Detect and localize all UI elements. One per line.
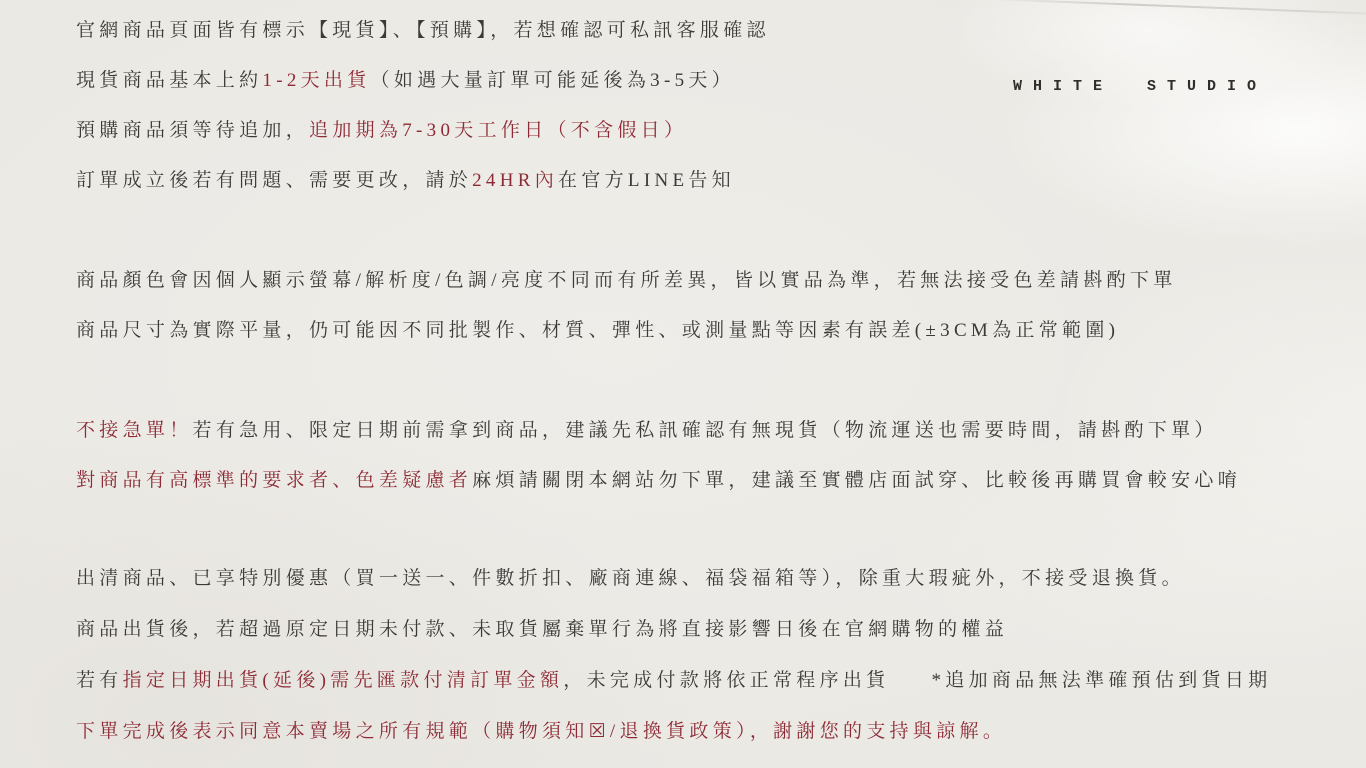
notice-line: 若有指定日期出貨(延後)需先匯款付清訂單金額，未完成付款將依正常程序出貨*追加商… <box>76 655 1271 706</box>
notice-text: 麻煩請關閉本網站勿下單，建議至實體店面試穿、比較後再購買會較安心唷 <box>472 470 1241 491</box>
notice-text: 官網商品頁面皆有標示【現貨】、【預購】，若想確認可私訊客服確認 <box>76 20 770 41</box>
notice-accent-text: 下單完成後表示同意本賣場之所有規範（購物須知☒/退換貨政策），謝謝您的支持與諒解… <box>76 721 1006 742</box>
notice-text: 在官方LINE告知 <box>558 170 735 191</box>
notice-line: 商品顏色會因個人顯示螢幕/解析度/色調/亮度不同而有所差異，皆以實品為準，若無法… <box>76 256 1271 306</box>
notice-text: 出清商品、已享特別優惠（買一送一、件數折扣、廠商連線、福袋福箱等），除重大瑕疵外… <box>76 568 1185 589</box>
notice-line: 訂單成立後若有問題、需要更改，請於24HR內在官方LINE告知 <box>76 156 1271 206</box>
notice-text: 商品顏色會因個人顯示螢幕/解析度/色調/亮度不同而有所差異，皆以實品為準，若無法… <box>76 270 1177 291</box>
notice-section-urgent-order-warning: 不接急單！若有急用、限定日期前需拿到商品，建議先私訊確認有無現貨（物流運送也需要… <box>76 406 1271 506</box>
notice-text: （如遇大量訂單可能延後為3-5天） <box>371 70 735 91</box>
notice-accent-text: 不接急單！ <box>76 420 193 441</box>
notice-accent-text: 追加期為7-30天工作日（不含假日） <box>309 120 687 141</box>
notice-line: 不接急單！若有急用、限定日期前需拿到商品，建議先私訊確認有無現貨（物流運送也需要… <box>76 406 1271 456</box>
notice-accent-text: 指定日期出貨(延後)需先匯款付清訂單金額 <box>123 670 564 691</box>
notice-text: *追加商品無法準確預估到貨日期 <box>931 670 1271 691</box>
notice-accent-text: 1-2天出貨 <box>262 70 370 91</box>
notice-text: 若有 <box>76 670 123 691</box>
notice-text: ，未完成付款將依正常程序出貨 <box>563 670 889 691</box>
notice-line: 官網商品頁面皆有標示【現貨】、【預購】，若想確認可私訊客服確認 <box>76 6 1271 56</box>
notice-text: 若有急用、限定日期前需拿到商品，建議先私訊確認有無現貨（物流運送也需要時間，請斟… <box>193 420 1218 441</box>
notice-section-return-policy: 出清商品、已享特別優惠（買一送一、件數折扣、廠商連線、福袋福箱等），除重大瑕疵外… <box>76 553 1271 757</box>
notice-text: 預購商品須等待追加， <box>76 120 309 141</box>
notice-line: 預購商品須等待追加，追加期為7-30天工作日（不含假日） <box>76 106 1271 156</box>
notice-content: 官網商品頁面皆有標示【現貨】、【預購】，若想確認可私訊客服確認現貨商品基本上約1… <box>0 0 1271 757</box>
notice-text: 商品尺寸為實際平量，仍可能因不同批製作、材質、彈性、或測量點等因素有誤差(±3C… <box>76 320 1119 341</box>
purchase-notice-page: { "brand": { "logo": "WHITE STUDIO" }, "… <box>0 0 1366 768</box>
notice-accent-text: 24HR內 <box>472 170 558 191</box>
notice-line: 出清商品、已享特別優惠（買一送一、件數折扣、廠商連線、福袋福箱等），除重大瑕疵外… <box>76 553 1271 604</box>
notice-line: 下單完成後表示同意本賣場之所有規範（購物須知☒/退換貨政策），謝謝您的支持與諒解… <box>76 706 1271 757</box>
notice-line: 現貨商品基本上約1-2天出貨（如遇大量訂單可能延後為3-5天） <box>76 56 1271 106</box>
notice-text: 商品出貨後，若超過原定日期未付款、未取貨屬棄單行為將直接影響日後在官網購物的權益 <box>76 619 1008 640</box>
notice-line: 商品尺寸為實際平量，仍可能因不同批製作、材質、彈性、或測量點等因素有誤差(±3C… <box>76 306 1271 356</box>
notice-section-shipping-info: 官網商品頁面皆有標示【現貨】、【預購】，若想確認可私訊客服確認現貨商品基本上約1… <box>76 6 1271 206</box>
notice-text: 現貨商品基本上約 <box>76 70 262 91</box>
notice-accent-text: 對商品有高標準的要求者、色差疑慮者 <box>76 470 472 491</box>
notice-line: 商品出貨後，若超過原定日期未付款、未取貨屬棄單行為將直接影響日後在官網購物的權益 <box>76 604 1271 655</box>
notice-line: 對商品有高標準的要求者、色差疑慮者麻煩請關閉本網站勿下單，建議至實體店面試穿、比… <box>76 456 1271 506</box>
notice-text: 訂單成立後若有問題、需要更改，請於 <box>76 170 472 191</box>
notice-section-product-disclaimer: 商品顏色會因個人顯示螢幕/解析度/色調/亮度不同而有所差異，皆以實品為準，若無法… <box>76 256 1271 356</box>
